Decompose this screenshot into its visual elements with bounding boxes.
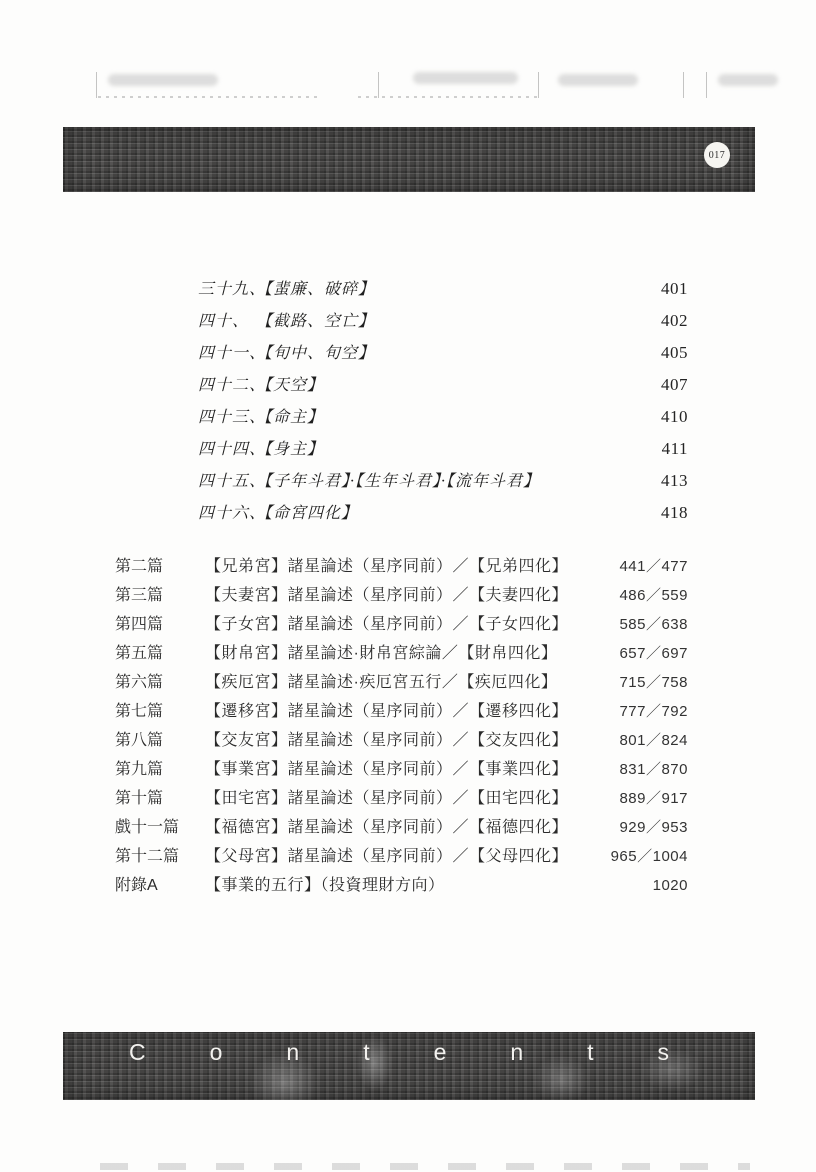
chapter-title: 【兄弟宮】諸星論述（星序同前）／【兄弟四化】	[205, 553, 619, 576]
entry-title: 【命宮四化】	[256, 500, 661, 523]
toc-row: 第三篇 【夫妻宮】諸星論述（星序同前）／【夫妻四化】 486／559	[115, 582, 688, 611]
entry-title: 【旬中、旬空】	[256, 340, 661, 363]
artifact-mark	[413, 72, 518, 84]
toc-row: 戲十一篇 【福德宮】諸星論述（星序同前）／【福德四化】 929／953	[115, 814, 688, 843]
entry-number: 四十四、	[198, 436, 256, 459]
page-number-badge: 017	[704, 142, 730, 168]
artifact-mark	[706, 72, 707, 98]
book-page: 017 三十九、 【蜚廉、破碎】 401 四十、 【截路、空亡】 402 四十一…	[0, 0, 816, 1172]
chapter-page: 1020	[653, 877, 688, 894]
entry-title: 【蜚廉、破碎】	[256, 276, 661, 299]
chapter-page: 801／824	[619, 729, 688, 750]
chapter-title: 【父母宮】諸星論述（星序同前）／【父母四化】	[205, 843, 611, 866]
entry-page: 418	[661, 503, 688, 523]
artifact-mark	[538, 72, 539, 98]
chapter-title: 【子女宮】諸星論述（星序同前）／【子女四化】	[205, 611, 619, 634]
entry-title: 【命主】	[256, 404, 661, 427]
toc-row: 第四篇 【子女宮】諸星論述（星序同前）／【子女四化】 585／638	[115, 611, 688, 640]
entry-title: 【截路、空亡】	[256, 308, 661, 331]
chapter-number: 第十二篇	[115, 843, 205, 866]
chapter-number: 附錄A	[115, 872, 205, 895]
entry-page: 405	[661, 343, 688, 363]
footer-band: Contents	[63, 1032, 755, 1100]
chapter-page: 441／477	[619, 555, 688, 576]
toc-row: 四十、 【截路、空亡】 402	[198, 308, 688, 340]
chapter-number: 第四篇	[115, 611, 205, 634]
toc-row: 第十篇 【田宅宮】諸星論述（星序同前）／【田宅四化】 889／917	[115, 785, 688, 814]
chapter-number: 戲十一篇	[115, 814, 205, 837]
chapter-title: 【夫妻宮】諸星論述（星序同前）／【夫妻四化】	[205, 582, 619, 605]
chapter-page: 831／870	[619, 758, 688, 779]
entry-number: 三十九、	[198, 276, 256, 299]
contents-label: Contents	[129, 1039, 733, 1066]
toc-row: 第十二篇 【父母宮】諸星論述（星序同前）／【父母四化】 965／1004	[115, 843, 688, 872]
chapter-page: 889／917	[619, 787, 688, 808]
header-band: 017	[63, 127, 755, 192]
entry-number: 四十五、	[198, 468, 256, 491]
entry-page: 402	[661, 311, 688, 331]
artifact-mark	[558, 74, 638, 86]
toc-row: 第五篇 【財帛宮】諸星論述·財帛宮綜論／【財帛四化】 657／697	[115, 640, 688, 669]
chapter-page: 965／1004	[611, 845, 688, 866]
artifact-mark	[718, 74, 778, 86]
toc-row: 第九篇 【事業宮】諸星論述（星序同前）／【事業四化】 831／870	[115, 756, 688, 785]
toc-row: 第八篇 【交友宮】諸星論述（星序同前）／【交友四化】 801／824	[115, 727, 688, 756]
entry-number: 四十一、	[198, 340, 256, 363]
toc-row: 四十六、 【命宮四化】 418	[198, 500, 688, 532]
toc-row: 第二篇 【兄弟宮】諸星論述（星序同前）／【兄弟四化】 441／477	[115, 553, 688, 582]
chapter-title: 【財帛宮】諸星論述·財帛宮綜論／【財帛四化】	[205, 640, 619, 663]
artifact-mark	[98, 96, 318, 98]
chapter-page: 777／792	[619, 700, 688, 721]
artifact-mark	[683, 72, 684, 98]
chapter-title: 【遷移宮】諸星論述（星序同前）／【遷移四化】	[205, 698, 619, 721]
artifact-mark	[358, 96, 538, 98]
chapter-number: 第八篇	[115, 727, 205, 750]
entry-page: 401	[661, 279, 688, 299]
chapter-number: 第十篇	[115, 785, 205, 808]
chapter-title: 【福德宮】諸星論述（星序同前）／【福德四化】	[205, 814, 619, 837]
toc-row: 四十五、 【子年斗君】·【生年斗君】·【流年斗君】 413	[198, 468, 688, 500]
chapter-page: 929／953	[619, 816, 688, 837]
chapter-title: 【事業的五行】（投資理財方向）	[205, 872, 653, 895]
toc-row: 第七篇 【遷移宮】諸星論述（星序同前）／【遷移四化】 777／792	[115, 698, 688, 727]
chapter-page: 657／697	[619, 642, 688, 663]
artifact-mark	[96, 72, 97, 98]
toc-row: 三十九、 【蜚廉、破碎】 401	[198, 276, 688, 308]
entry-number: 四十六、	[198, 500, 256, 523]
chapter-number: 第二篇	[115, 553, 205, 576]
toc-row: 四十二、 【天空】 407	[198, 372, 688, 404]
chapter-title: 【田宅宮】諸星論述（星序同前）／【田宅四化】	[205, 785, 619, 808]
entry-title: 【子年斗君】·【生年斗君】·【流年斗君】	[256, 468, 661, 491]
artifact-mark	[108, 74, 218, 86]
toc-section-chapters: 第二篇 【兄弟宮】諸星論述（星序同前）／【兄弟四化】 441／477 第三篇 【…	[115, 553, 688, 901]
toc-row: 四十三、 【命主】 410	[198, 404, 688, 436]
toc-section-subentries: 三十九、 【蜚廉、破碎】 401 四十、 【截路、空亡】 402 四十一、 【旬…	[198, 276, 688, 532]
entry-title: 【天空】	[256, 372, 661, 395]
entry-page: 413	[661, 471, 688, 491]
chapter-page: 585／638	[619, 613, 688, 634]
artifact-mark	[378, 72, 379, 98]
chapter-page: 486／559	[619, 584, 688, 605]
entry-page: 411	[662, 439, 688, 459]
chapter-number: 第三篇	[115, 582, 205, 605]
entry-page: 410	[661, 407, 688, 427]
chapter-number: 第七篇	[115, 698, 205, 721]
page-number: 017	[709, 150, 726, 161]
entry-page: 407	[661, 375, 688, 395]
chapter-page: 715／758	[619, 671, 688, 692]
chapter-number: 第六篇	[115, 669, 205, 692]
chapter-title: 【事業宮】諸星論述（星序同前）／【事業四化】	[205, 756, 619, 779]
scan-artifact-strip-top	[58, 70, 790, 102]
entry-number: 四十、	[198, 308, 256, 331]
chapter-title: 【交友宮】諸星論述（星序同前）／【交友四化】	[205, 727, 619, 750]
entry-number: 四十三、	[198, 404, 256, 427]
toc-row: 附錄A 【事業的五行】（投資理財方向） 1020	[115, 872, 688, 901]
entry-title: 【身主】	[256, 436, 662, 459]
scan-artifact-strip-bottom	[100, 1163, 750, 1170]
entry-number: 四十二、	[198, 372, 256, 395]
chapter-number: 第九篇	[115, 756, 205, 779]
chapter-title: 【疾厄宮】諸星論述·疾厄宮五行／【疾厄四化】	[205, 669, 619, 692]
toc-row: 四十一、 【旬中、旬空】 405	[198, 340, 688, 372]
toc-row: 第六篇 【疾厄宮】諸星論述·疾厄宮五行／【疾厄四化】 715／758	[115, 669, 688, 698]
chapter-number: 第五篇	[115, 640, 205, 663]
toc-row: 四十四、 【身主】 411	[198, 436, 688, 468]
